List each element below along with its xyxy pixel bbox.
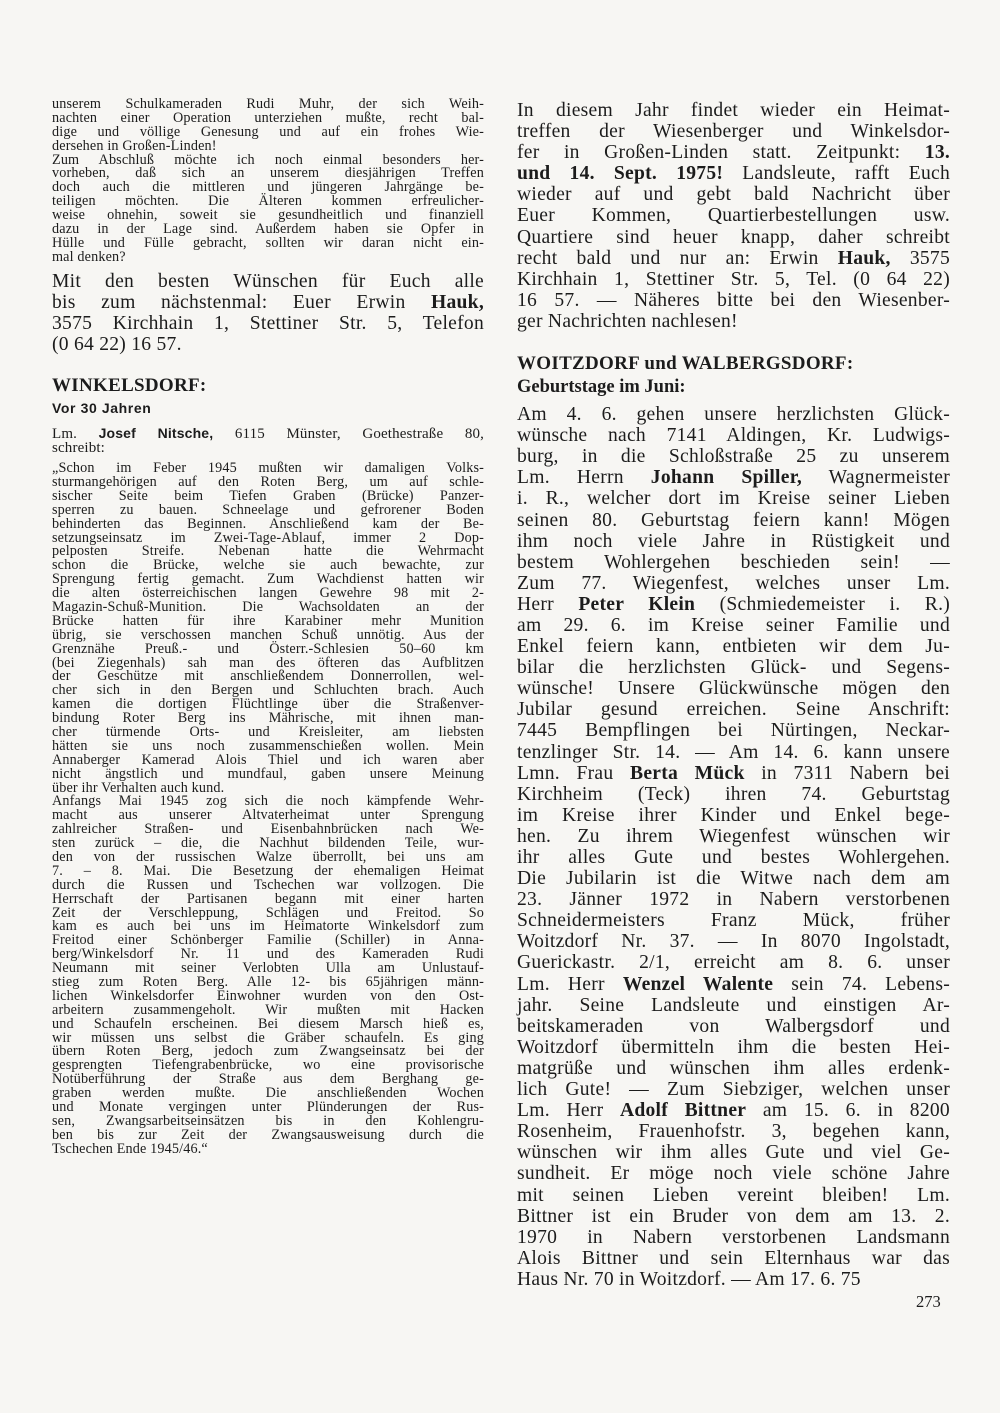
text-line: Rosenheim, Frauenhofstr. 3, begehen kann… bbox=[517, 1121, 950, 1142]
text-line: ihr alles Gute und bestes Wohlergehen. bbox=[517, 847, 950, 868]
text-line: fer in Großen-Linden statt. Zeitpunkt: 1… bbox=[517, 142, 950, 163]
author-name: Josef Nitsche, bbox=[99, 425, 214, 441]
text-line: beitskameraden von Walbergsdorf und bbox=[517, 1016, 950, 1037]
byline-line: schreibt: bbox=[52, 441, 484, 456]
text-line: ger Nachrichten nachlesen! bbox=[517, 311, 950, 332]
right-column: In diesem Jahr findet wieder ein Heimat-… bbox=[517, 100, 950, 1290]
left-column: unserem Schulkameraden Rudi Muhr, der si… bbox=[52, 98, 484, 1157]
signoff-line: (0 64 22) 16 57. bbox=[52, 334, 484, 355]
text-line: recht bald und nur an: Erwin Hauk, 3575 bbox=[517, 248, 950, 269]
text-line: burg, in die Schloßstraße 25 zu unserem bbox=[517, 446, 950, 467]
signoff-paragraph: Mit den besten Wünschen für Euch alle bi… bbox=[52, 271, 484, 355]
text-line: Herr Peter Klein (Schmiedemeister i. R.) bbox=[517, 594, 950, 615]
text-line: bestem Wohlergehen beschieden sein! — bbox=[517, 552, 950, 573]
text-line: treffen der Wiesenberger und Winkelsdor- bbox=[517, 121, 950, 142]
person-name: Berta Mück bbox=[630, 763, 745, 784]
text-line: wieder auf und gebt bald Nachricht über bbox=[517, 184, 950, 205]
byline: Lm. Josef Nitsche, 6115 Münster, Goethes… bbox=[52, 426, 484, 455]
text-line: Lm. Herr Wenzel Walente sein 74. Lebens- bbox=[517, 974, 950, 995]
text-line: Quartiere sind heuer knapp, daher schrei… bbox=[517, 227, 950, 248]
author-name: Hauk, bbox=[431, 292, 484, 313]
newsletter-page: unserem Schulkameraden Rudi Muhr, der si… bbox=[0, 0, 1000, 1413]
text-line: am 29. 6. im Kreise seiner Familie und bbox=[517, 615, 950, 636]
person-name: Johann Spiller, bbox=[651, 467, 802, 488]
text-line: Tschechen Ende 1945/46.“ bbox=[52, 1143, 484, 1157]
intro-paragraph: unserem Schulkameraden Rudi Muhr, der si… bbox=[52, 98, 484, 154]
birthdays-paragraph: Am 4. 6. gehen unsere herzlichsten Glück… bbox=[517, 404, 950, 1290]
text-line: 16 57. — Näheres bitte bei den Wiesenber… bbox=[517, 290, 950, 311]
text-line: Kirchhain 1, Stettiner Str. 5, Tel. (0 6… bbox=[517, 269, 950, 290]
section-heading-winkelsdorf: WINKELSDORF: bbox=[52, 375, 484, 397]
text-line: ihm noch viele Jahre in Rüstigkeit und bbox=[517, 531, 950, 552]
text-line: mal denken? bbox=[52, 251, 484, 265]
signoff-line: Mit den besten Wünschen für Euch alle bbox=[52, 271, 484, 292]
text-line: hen. Zu ihrem Wiegenfest wünschen wir bbox=[517, 826, 950, 847]
text-line: 1970 in Nabern verstorbenen Landsmann bbox=[517, 1227, 950, 1248]
text-line: matgrüße und wünschen ihm alles erdenk- bbox=[517, 1058, 950, 1079]
text-line: Lm. Herr Adolf Bittner am 15. 6. in 8200 bbox=[517, 1100, 950, 1121]
person-name: Adolf Bittner bbox=[620, 1100, 746, 1121]
text-line: mit seinen Lieben vereint bleiben! Lm. bbox=[517, 1185, 950, 1206]
person-name: Peter Klein bbox=[578, 594, 695, 615]
text-line: Euer Kommen, Quartierbestellungen usw. bbox=[517, 205, 950, 226]
text-line: Bittner ist ein Bruder von dem am 13. 2. bbox=[517, 1206, 950, 1227]
text-line: Woitzdorf Nr. 37. — In 8070 Ingolstadt, bbox=[517, 931, 950, 952]
byline-line: Lm. Josef Nitsche, 6115 Münster, Goethes… bbox=[52, 426, 484, 441]
text-line: Enkel feiern kann, entbieten wir dem Ju- bbox=[517, 636, 950, 657]
text-line: wünschen wir ihm alles Gute und viel Ge- bbox=[517, 1142, 950, 1163]
event-date: 13. bbox=[925, 142, 950, 163]
text-line: Haus Nr. 70 in Woitzdorf. — Am 17. 6. 75 bbox=[517, 1269, 950, 1290]
text-line: 7445 Bempflingen bei Nürtingen, Neckar- bbox=[517, 720, 950, 741]
text-line: Lmn. Frau Berta Mück in 7311 Nabern bei bbox=[517, 763, 950, 784]
text-line: Guerickastr. 2/1, erreicht am 8. 6. unse… bbox=[517, 952, 950, 973]
subheading-geburtstage: Geburtstage im Juni: bbox=[517, 377, 950, 398]
signoff-line: bis zum nächstenmal: Euer Erwin Hauk, bbox=[52, 292, 484, 313]
quote-paragraph: Anfangs Mai 1945 zog sich die noch kämpf… bbox=[52, 795, 484, 1156]
text-line: im Kreise ihrer Kinder und Enkel bege- bbox=[517, 805, 950, 826]
text-line: Die Jubilarin ist die Witwe nach dem am bbox=[517, 868, 950, 889]
text-line: und 14. Sept. 1975! Landsleute, rafft Eu… bbox=[517, 163, 950, 184]
text-line: lich Gute! — Zum Siebziger, welchen unse… bbox=[517, 1079, 950, 1100]
text-line: Schneidermeisters Franz Mück, früher bbox=[517, 910, 950, 931]
text-line: wünsche nach 7141 Aldingen, Kr. Ludwigs- bbox=[517, 425, 950, 446]
text-line: In diesem Jahr findet wieder ein Heimat- bbox=[517, 100, 950, 121]
text-line: Kirchheim (Teck) ihren 74. Geburtstag bbox=[517, 784, 950, 805]
text-line: seinen 80. Geburtstag feiern kann! Mögen bbox=[517, 510, 950, 531]
text-line: wünsche! Unsere Glückwünsche mögen den bbox=[517, 678, 950, 699]
announcement-paragraph: In diesem Jahr findet wieder ein Heimat-… bbox=[517, 100, 950, 332]
contact-name: Hauk, bbox=[838, 248, 891, 269]
text-line: Zum 77. Wiegenfest, welches unser Lm. bbox=[517, 573, 950, 594]
subheading-vor-30-jahren: Vor 30 Jahren bbox=[52, 400, 484, 416]
event-date: und 14. Sept. 1975! bbox=[517, 163, 723, 184]
quote-paragraph: „Schon im Feber 1945 mußten wir damalige… bbox=[52, 462, 484, 795]
text-line: sundheit. Er möge noch viele schöne Jahr… bbox=[517, 1163, 950, 1184]
text-line: Jubilar gesund erreichen. Seine Anschrif… bbox=[517, 699, 950, 720]
text-line: 23. Jänner 1972 in Nabern verstorbenen bbox=[517, 889, 950, 910]
text-line: Alois Bittner und sein Elternhaus war da… bbox=[517, 1248, 950, 1269]
text-line: Woitzdorf übermitteln ihm die besten Hei… bbox=[517, 1037, 950, 1058]
text-line: bilar die herzlichsten Glück- und Segens… bbox=[517, 657, 950, 678]
text-line: jahr. Seine Landsleute und einstigen Ar- bbox=[517, 995, 950, 1016]
person-name: Wenzel Walente bbox=[623, 974, 773, 995]
text-line: Lm. Herrn Johann Spiller, Wagnermeister bbox=[517, 467, 950, 488]
page-number: 273 bbox=[916, 1292, 941, 1312]
text-line: tenzlinger Str. 14. — Am 14. 6. kann uns… bbox=[517, 742, 950, 763]
text-line: i. R., welcher dort im Kreise seiner Lie… bbox=[517, 488, 950, 509]
signoff-line: 3575 Kirchhain 1, Stettiner Str. 5, Tele… bbox=[52, 313, 484, 334]
closing-paragraph: Zum Abschluß möchte ich noch einmal beso… bbox=[52, 154, 484, 265]
text-line: Am 4. 6. gehen unsere herzlichsten Glück… bbox=[517, 404, 950, 425]
section-heading-woitzdorf: WOITZDORF und WALBERGSDORF: bbox=[517, 353, 950, 375]
